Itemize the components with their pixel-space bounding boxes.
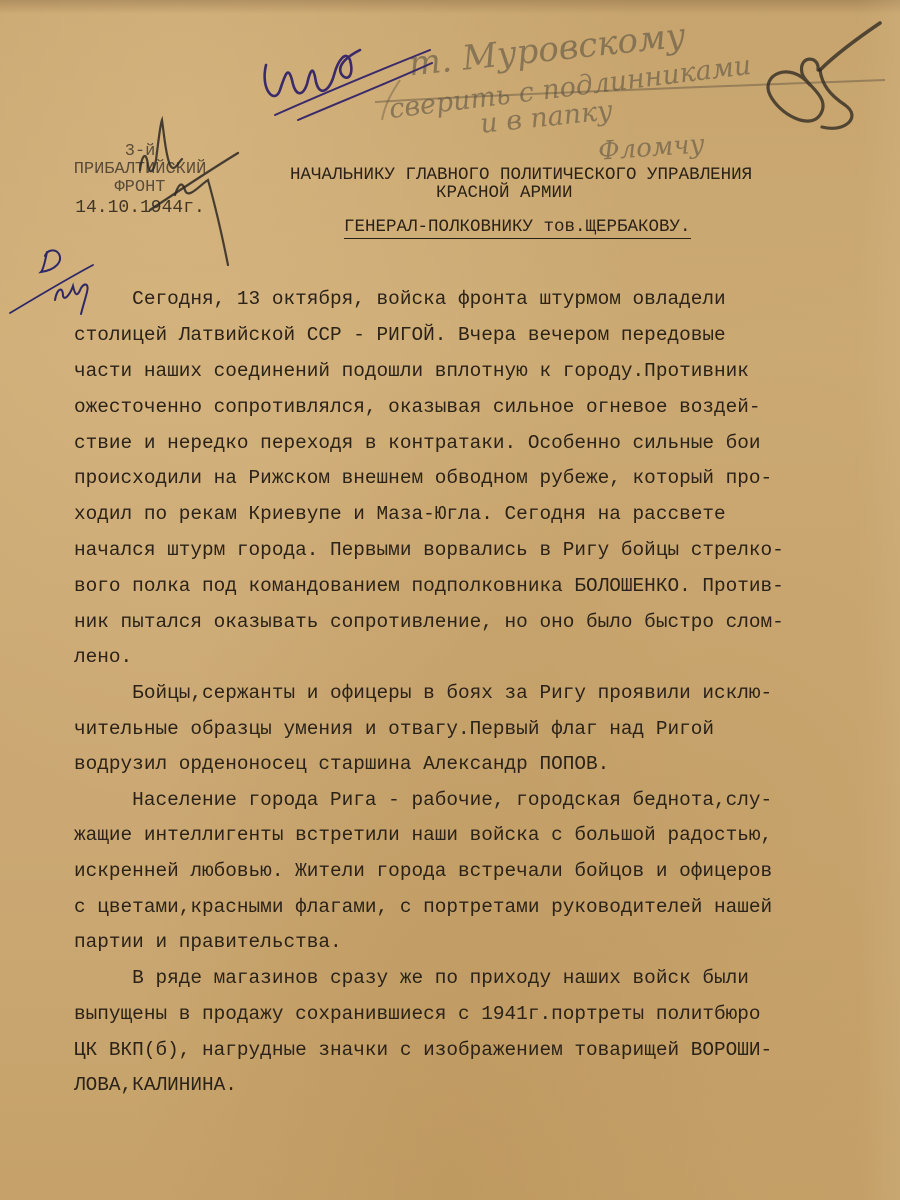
body-line: Сегодня, 13 октября, войска фронта штурм… <box>74 288 726 310</box>
paper-edge-top <box>0 0 900 14</box>
body-line: чительные образцы умения и отвагу.Первый… <box>74 718 714 740</box>
body-line: В ряде магазинов сразу же по приходу наш… <box>74 967 749 989</box>
body-line: ствие и нередко переходя в контратаки. О… <box>74 432 761 454</box>
body-line: части наших соединений подошли вплотную … <box>74 360 749 382</box>
body-line: начался штурм города. Первыми ворвались … <box>74 539 784 561</box>
body-line: происходили на Рижском внешнем обводном … <box>74 467 772 489</box>
addressee-line-1: НАЧАЛЬНИКУ ГЛАВНОГО ПОЛИТИЧЕСКОГО УПРАВЛ… <box>290 166 752 184</box>
body-line: выпущены в продажу сохранившиеся с 1941г… <box>74 1003 761 1025</box>
sender-date: 14.10.1944г. <box>40 199 240 217</box>
paper-edge-right <box>860 0 900 1200</box>
body-line: столицей Латвийской ССР - РИГОЙ. Вчера в… <box>74 324 726 346</box>
sender-unit-number: 3-й <box>40 143 240 161</box>
body-line: Бойцы,сержанты и офицеры в боях за Ригу … <box>74 682 772 704</box>
body-line: ходил по рекам Криевупе и Маза-Югла. Сег… <box>74 503 726 525</box>
body-line: вого полка под командованием подполковни… <box>74 575 784 597</box>
body-line: Население города Рига - рабочие, городск… <box>74 789 772 811</box>
sender-block: 3-й ПРИБАЛТИЙСКИЙ ФРОНТ 14.10.1944г. <box>40 143 240 217</box>
body-line: искренней любовью. Жители города встреча… <box>74 860 772 882</box>
body-line: ЛОВА,КАЛИНИНА. <box>74 1074 237 1096</box>
body-line: жащие интеллигенты встретили наши войска… <box>74 824 772 846</box>
sender-unit-type: ФРОНТ <box>40 179 240 197</box>
body-line: ожесточенно сопротивлялся, оказывая силь… <box>74 396 761 418</box>
body-line: водрузил орденоносец старшина Александр … <box>74 753 609 775</box>
pencil-resolution-line-4: Фломчу <box>597 129 705 166</box>
sender-unit-name: ПРИБАЛТИЙСКИЙ <box>40 161 240 179</box>
body-line: партии и правительства. <box>74 931 342 953</box>
body-line: ЦК ВКП(б), нагрудные значки с изображени… <box>74 1039 772 1061</box>
body-line: ник пытался оказывать сопротивление, но … <box>74 611 784 633</box>
addressee-line-2: КРАСНОЙ АРМИИ <box>436 184 573 202</box>
body-line: лено. <box>74 646 132 668</box>
body-line: с цветами,красными флагами, с портретами… <box>74 896 772 918</box>
addressee-line-3-underlined: ГЕНЕРАЛ-ПОЛКОВНИКУ тов.ЩЕРБАКОВУ. <box>344 218 691 239</box>
